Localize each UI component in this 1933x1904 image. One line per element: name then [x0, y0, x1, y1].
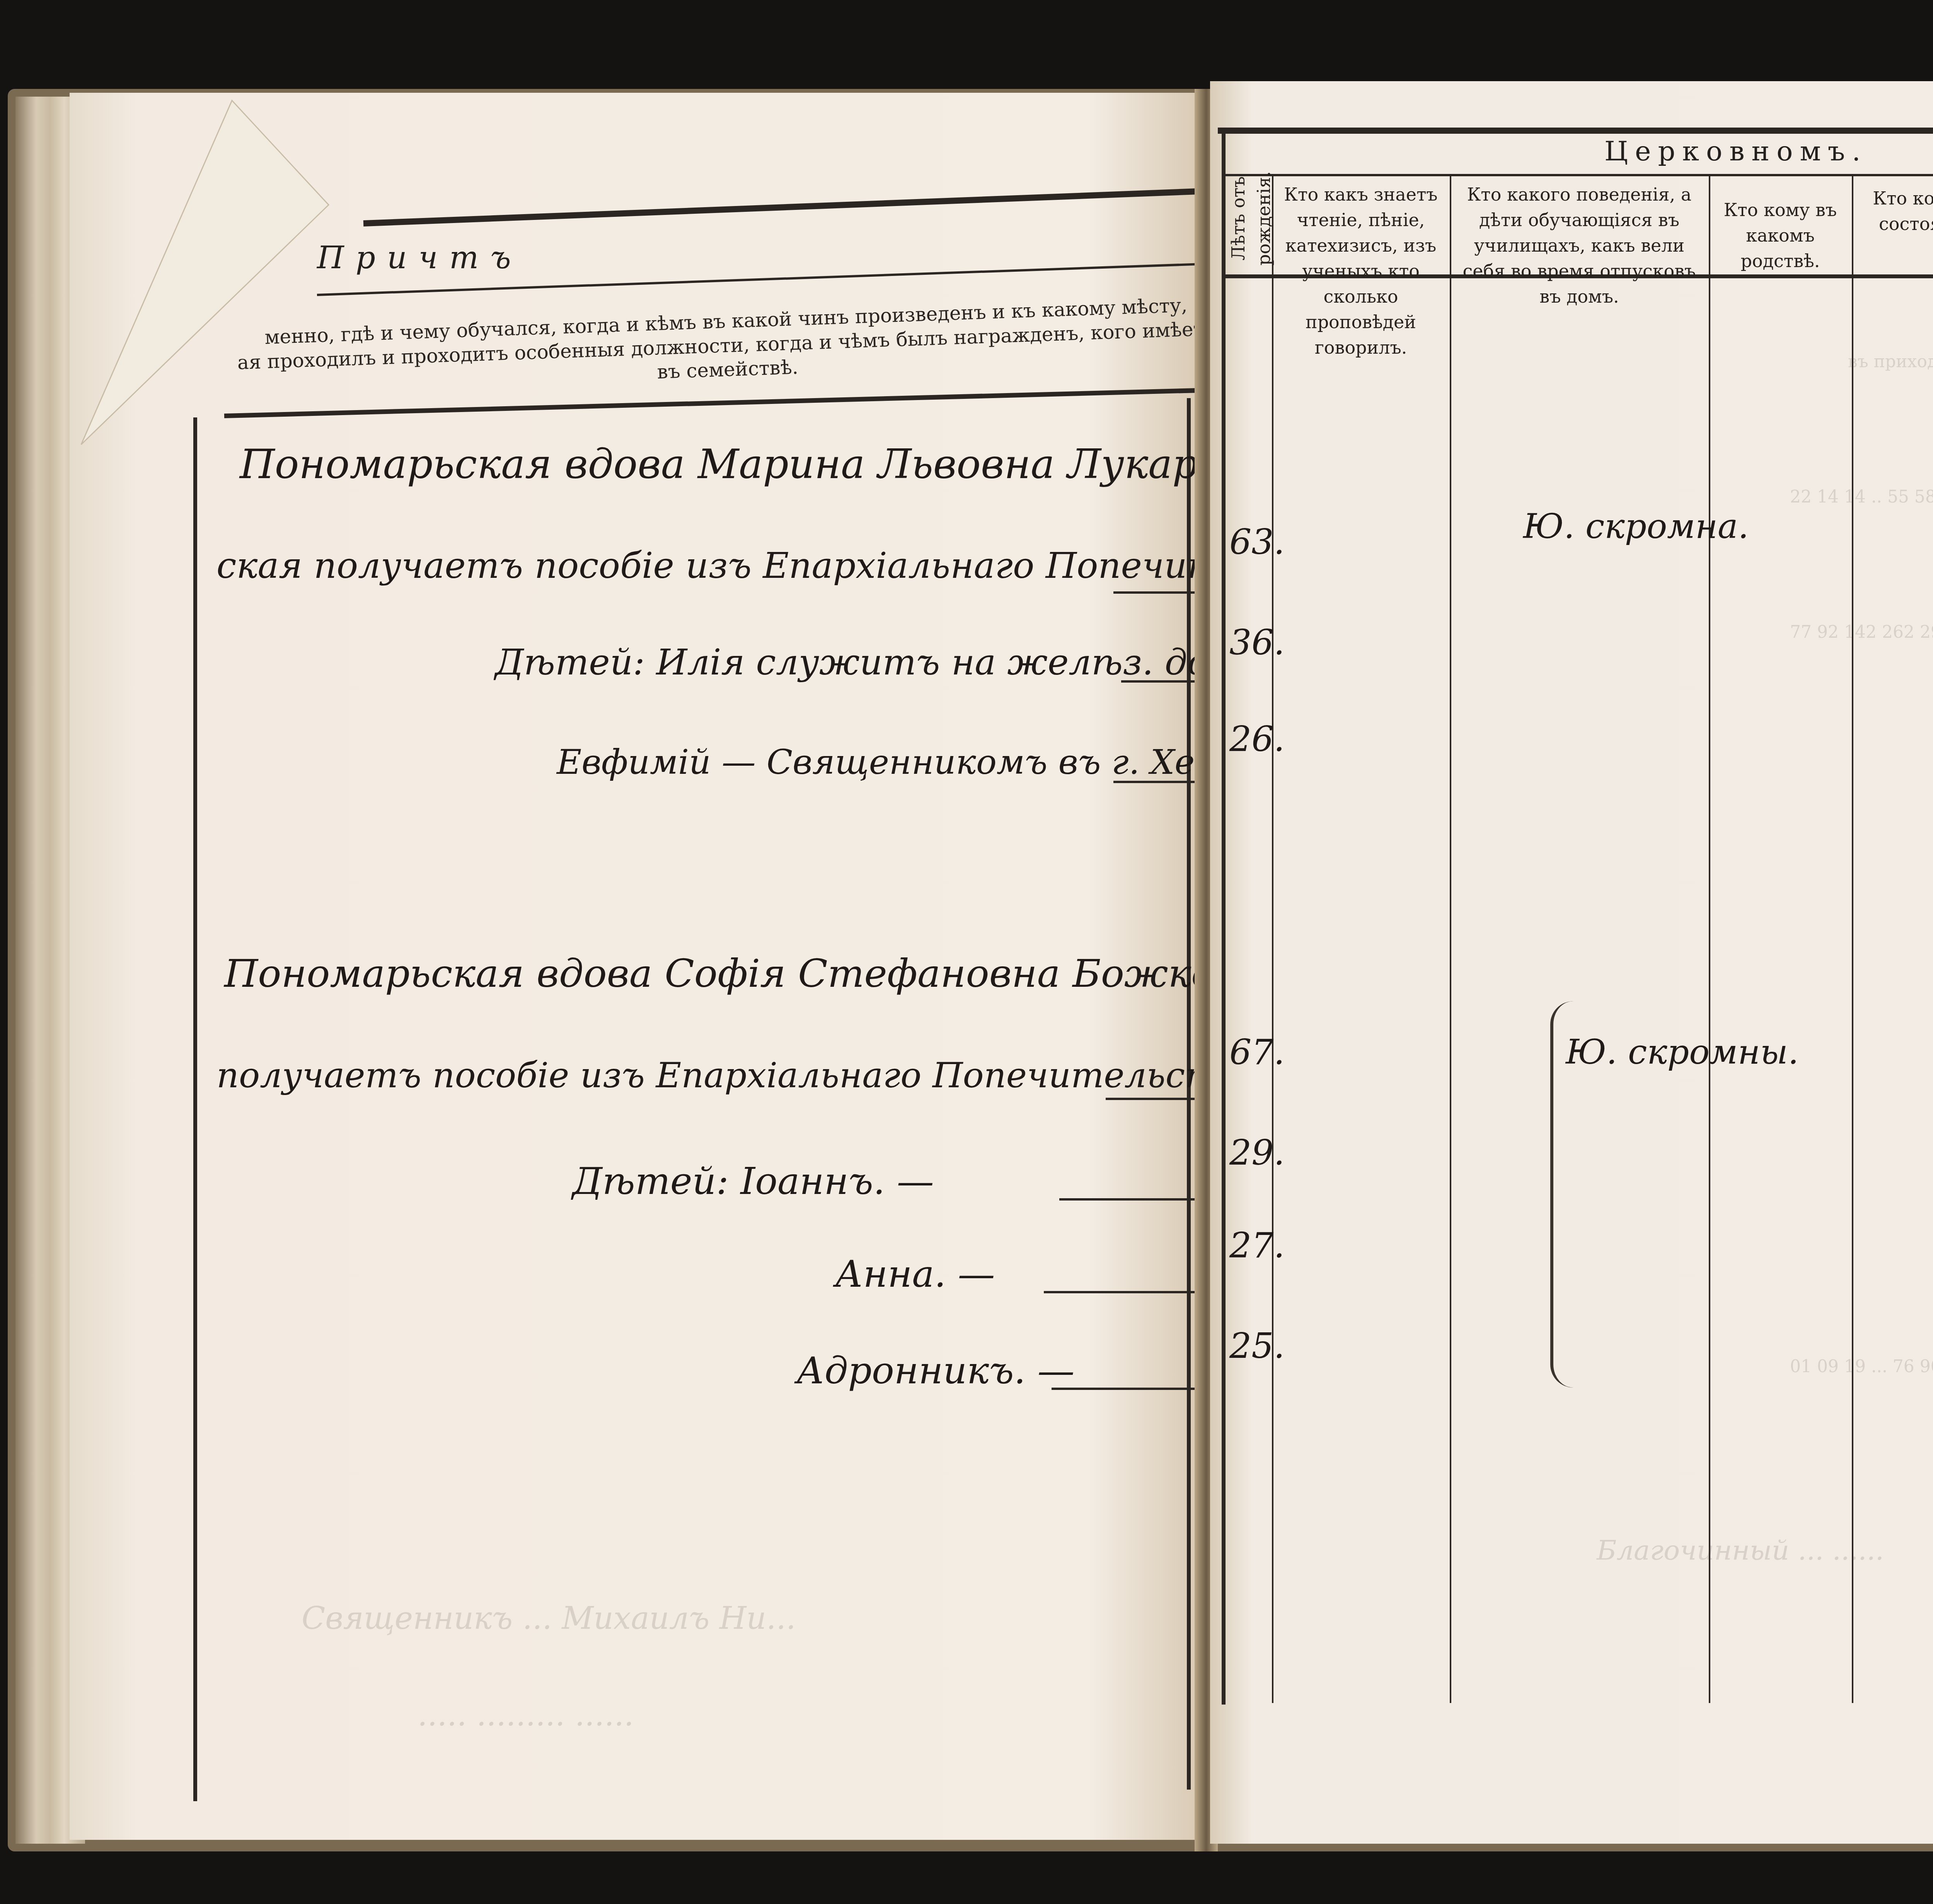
age-value: 67. — [1229, 1032, 1285, 1073]
bleed-through-text: 77 92 142 262 296 ... — [1790, 622, 1933, 642]
connector-line — [1113, 591, 1202, 594]
entry-3-line: Евфимій — Священникомъ въ г. Херс. — [557, 742, 1246, 782]
header-rule-top — [1218, 128, 1933, 134]
column-divider — [1852, 176, 1853, 1703]
right-page: 124 Церковномъ. Лѣтъ отъ рожденія. Кто к… — [1210, 81, 1933, 1844]
entry-7-line: Адронникъ. — — [796, 1349, 1074, 1392]
folded-page-corner — [70, 89, 340, 475]
column-header-text: менно, гдѣ и чему обучался, когда и кѣмъ… — [231, 292, 1223, 399]
age-value: 27. — [1229, 1225, 1285, 1266]
connector-line — [1059, 1198, 1202, 1201]
column-header-kinship: Кто кому въ какомъ родствѣ. — [1713, 197, 1848, 274]
bleed-through-text: Священникъ ... Михаилъ Ни... — [302, 1600, 796, 1636]
entry-5-line: Дѣтей: Іоаннъ. — — [572, 1160, 934, 1203]
column-header-penalties: Кто когда былъ штрафованъ или не состоял… — [1856, 186, 1933, 262]
column-header-knowledge: Кто какъ знаетъ чтеніе, пѣніе, катехизис… — [1276, 182, 1446, 360]
entry-4-line-2: получаетъ пособіе изъ Епархіальнаго Попе… — [216, 1055, 1259, 1096]
entry-4-line-1: Пономарьская вдова Софія Стефановна Божк… — [224, 951, 1299, 996]
connector-line — [1113, 781, 1202, 783]
connector-line — [1052, 1388, 1202, 1390]
connector-line — [1106, 1098, 1202, 1100]
frame-left-border — [193, 417, 197, 1801]
column-header-age: Лѣтъ отъ рожденія. — [1226, 170, 1277, 267]
section-title-right: Церковномъ. — [1604, 135, 1868, 167]
bleed-through-text: въ приходѣ .... ...... — [1848, 352, 1933, 371]
age-value: 25. — [1229, 1326, 1285, 1366]
column-divider — [1450, 176, 1451, 1703]
header-rule-mid — [1226, 174, 1933, 176]
entry-6-line: Анна. — — [835, 1252, 995, 1296]
entry-2-line: Дѣтей: Илія служитъ на желѣз. дорогѣ — [495, 642, 1302, 683]
column-divider — [1272, 176, 1273, 1703]
bleed-through-text: Благочинный ... ...... — [1597, 1534, 1884, 1566]
connector-line — [1121, 680, 1202, 683]
age-value: 63. — [1229, 522, 1285, 562]
bleed-through-text: 01 09 19 ... 76 90 18 ... — [1790, 1357, 1933, 1376]
section-title-left: Причтъ — [317, 240, 522, 276]
age-value: 29. — [1229, 1133, 1285, 1173]
age-value: 36. — [1229, 622, 1285, 663]
behavior-note: Ю. скромны. — [1566, 1032, 1799, 1072]
column-header-behavior: Кто какого поведенія, а дѣти обучающіяся… — [1454, 182, 1705, 309]
age-value: 26. — [1229, 719, 1285, 760]
connector-line — [1044, 1291, 1198, 1293]
bleed-through-text: ..... ......... ...... — [418, 1697, 634, 1733]
header-rule-top — [363, 186, 1244, 227]
frame-left-border — [1222, 128, 1226, 1705]
bleed-through-text: 22 14 14 .. 55 58 77 .. — [1790, 487, 1933, 507]
behavior-note: Ю. скромна. — [1523, 506, 1749, 546]
column-divider — [1709, 176, 1710, 1703]
entry-1-line-1: Пономарьская вдова Марина Львовна Лукарж… — [240, 441, 1304, 488]
